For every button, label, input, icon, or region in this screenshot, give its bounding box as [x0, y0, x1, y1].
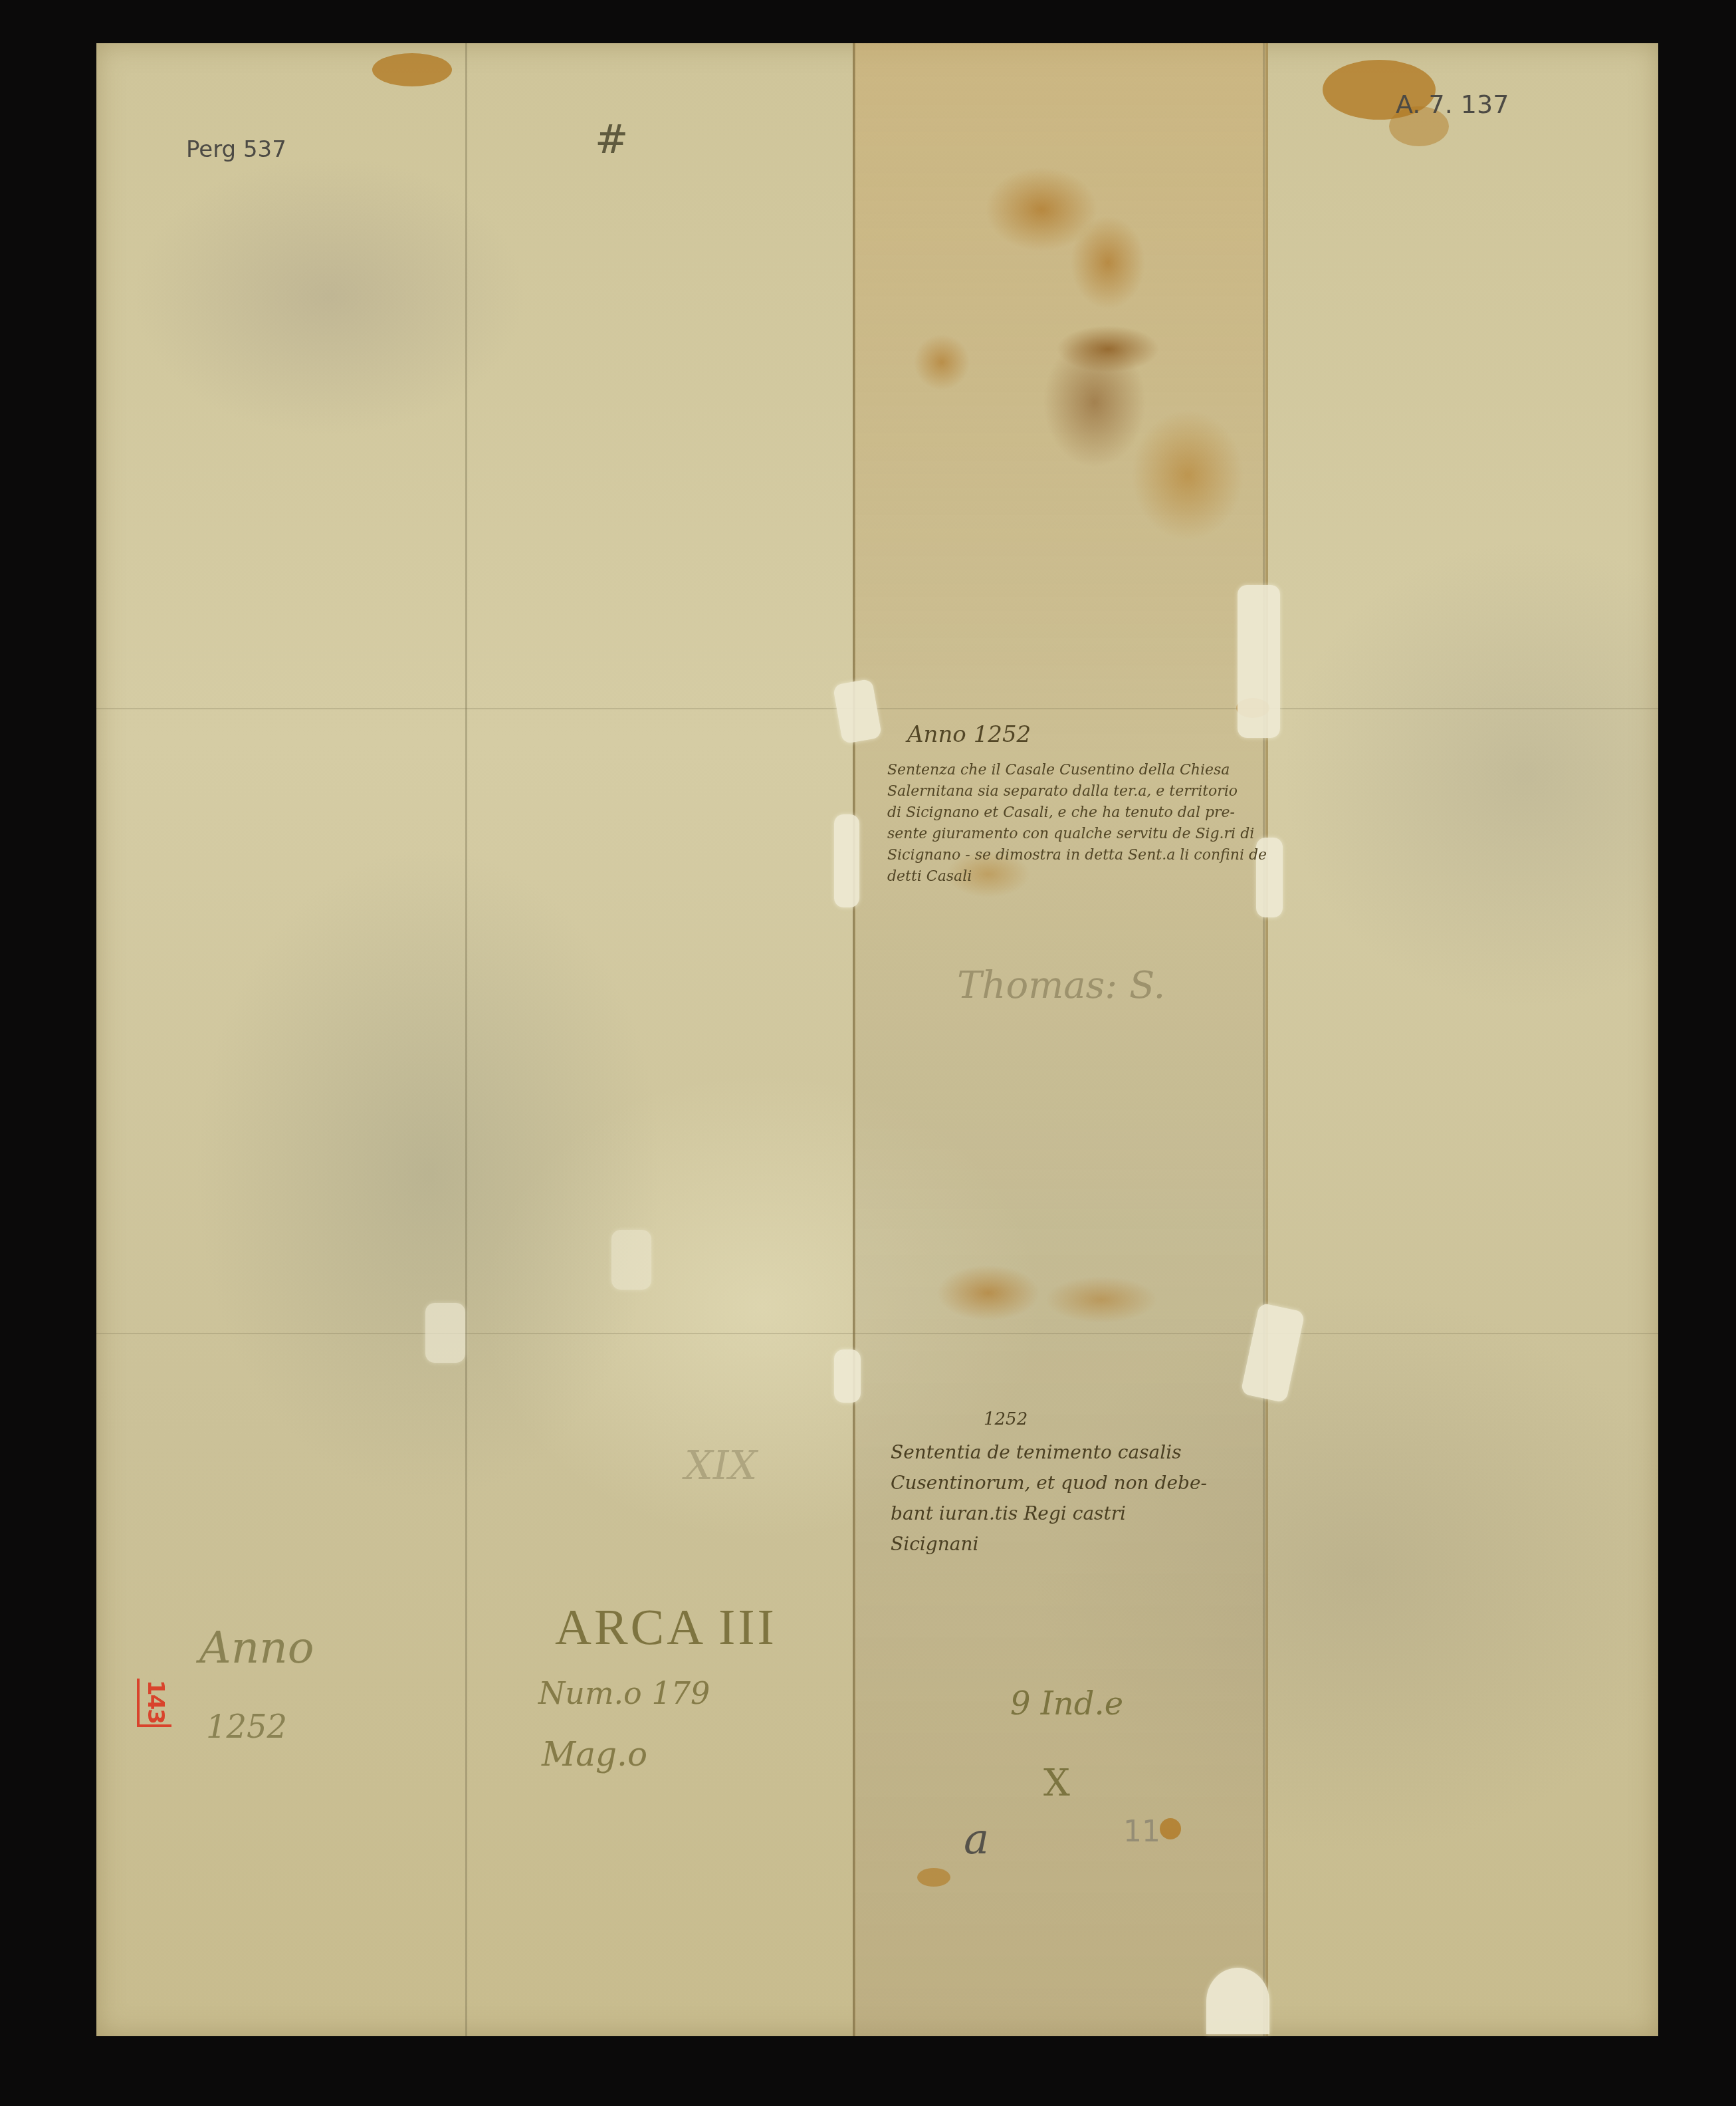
repair-patch: [611, 1230, 651, 1290]
italian-summary-line: Sicignano - se dimostra in detta Sent.a …: [887, 845, 1267, 866]
anno-year: 1252: [206, 1708, 287, 1746]
fold-line-vertical-center-left: [853, 43, 855, 2036]
mark-top-center: #: [595, 116, 628, 163]
repair-patch: [1238, 585, 1280, 738]
latin-summary-line: Sententia de tenimento casalis: [891, 1437, 1207, 1468]
stain-top-left: [372, 53, 452, 86]
stained-central-strip: [853, 43, 1268, 2036]
pencil-initial: a: [964, 1815, 989, 1864]
repair-patch: [425, 1303, 465, 1363]
italian-summary-line: Salernitana sia separato dalla ter.a, e …: [887, 781, 1267, 802]
italian-summary-line: sente giuramento con qualche servitu de …: [887, 824, 1267, 845]
red-inventory-stamp: 143: [137, 1679, 171, 1727]
faded-inscription-center: Thomas: S.: [957, 964, 1165, 1007]
italian-summary-line: Sentenza che il Casale Cusentino della C…: [887, 760, 1267, 781]
arca-label: ARCA III: [555, 1599, 777, 1657]
italian-summary-line: detti Casali: [887, 866, 1267, 887]
indiction-label: 9 Ind.e: [1010, 1685, 1123, 1722]
latin-summary-line: Sicignani: [891, 1529, 1207, 1560]
fold-line-vertical-center-right: [1263, 43, 1265, 2036]
faded-inscription-left: XIX: [685, 1443, 757, 1489]
fold-line-horizontal-lower: [96, 1333, 1658, 1334]
shelfmark-top-left: Perg 537: [186, 136, 286, 163]
italian-summary: Anno 1252 Sentenza che il Casale Cusenti…: [887, 721, 1267, 887]
latin-summary-line: bant iuran.tis Regi castri: [891, 1498, 1207, 1529]
latin-summary-year: 1252: [984, 1409, 1207, 1429]
roman-numeral-x: X: [1043, 1762, 1070, 1805]
stain-small: [917, 1868, 950, 1887]
italian-summary-year: Anno 1252: [907, 721, 1267, 748]
repair-patch: [834, 1349, 861, 1403]
anno-label: Anno: [199, 1622, 314, 1673]
shelfmark-top-right: A. 7. 137: [1396, 90, 1509, 119]
mazzo-label: Mag.o: [542, 1735, 647, 1774]
latin-summary-line: Cusentinorum, et quod non debe-: [891, 1468, 1207, 1498]
stain-dot: [1160, 1818, 1181, 1839]
repair-patch: [834, 814, 859, 907]
pencil-faint-mark: 11: [1123, 1815, 1160, 1849]
latin-summary: 1252 Sententia de tenimento casalis Cuse…: [891, 1409, 1207, 1560]
numero-label: Num.o 179: [538, 1675, 710, 1711]
fold-line-vertical-left: [465, 43, 467, 2036]
repair-patch: [1206, 1968, 1269, 2034]
italian-summary-line: di Sicignano et Casali, e che ha tenuto …: [887, 802, 1267, 824]
